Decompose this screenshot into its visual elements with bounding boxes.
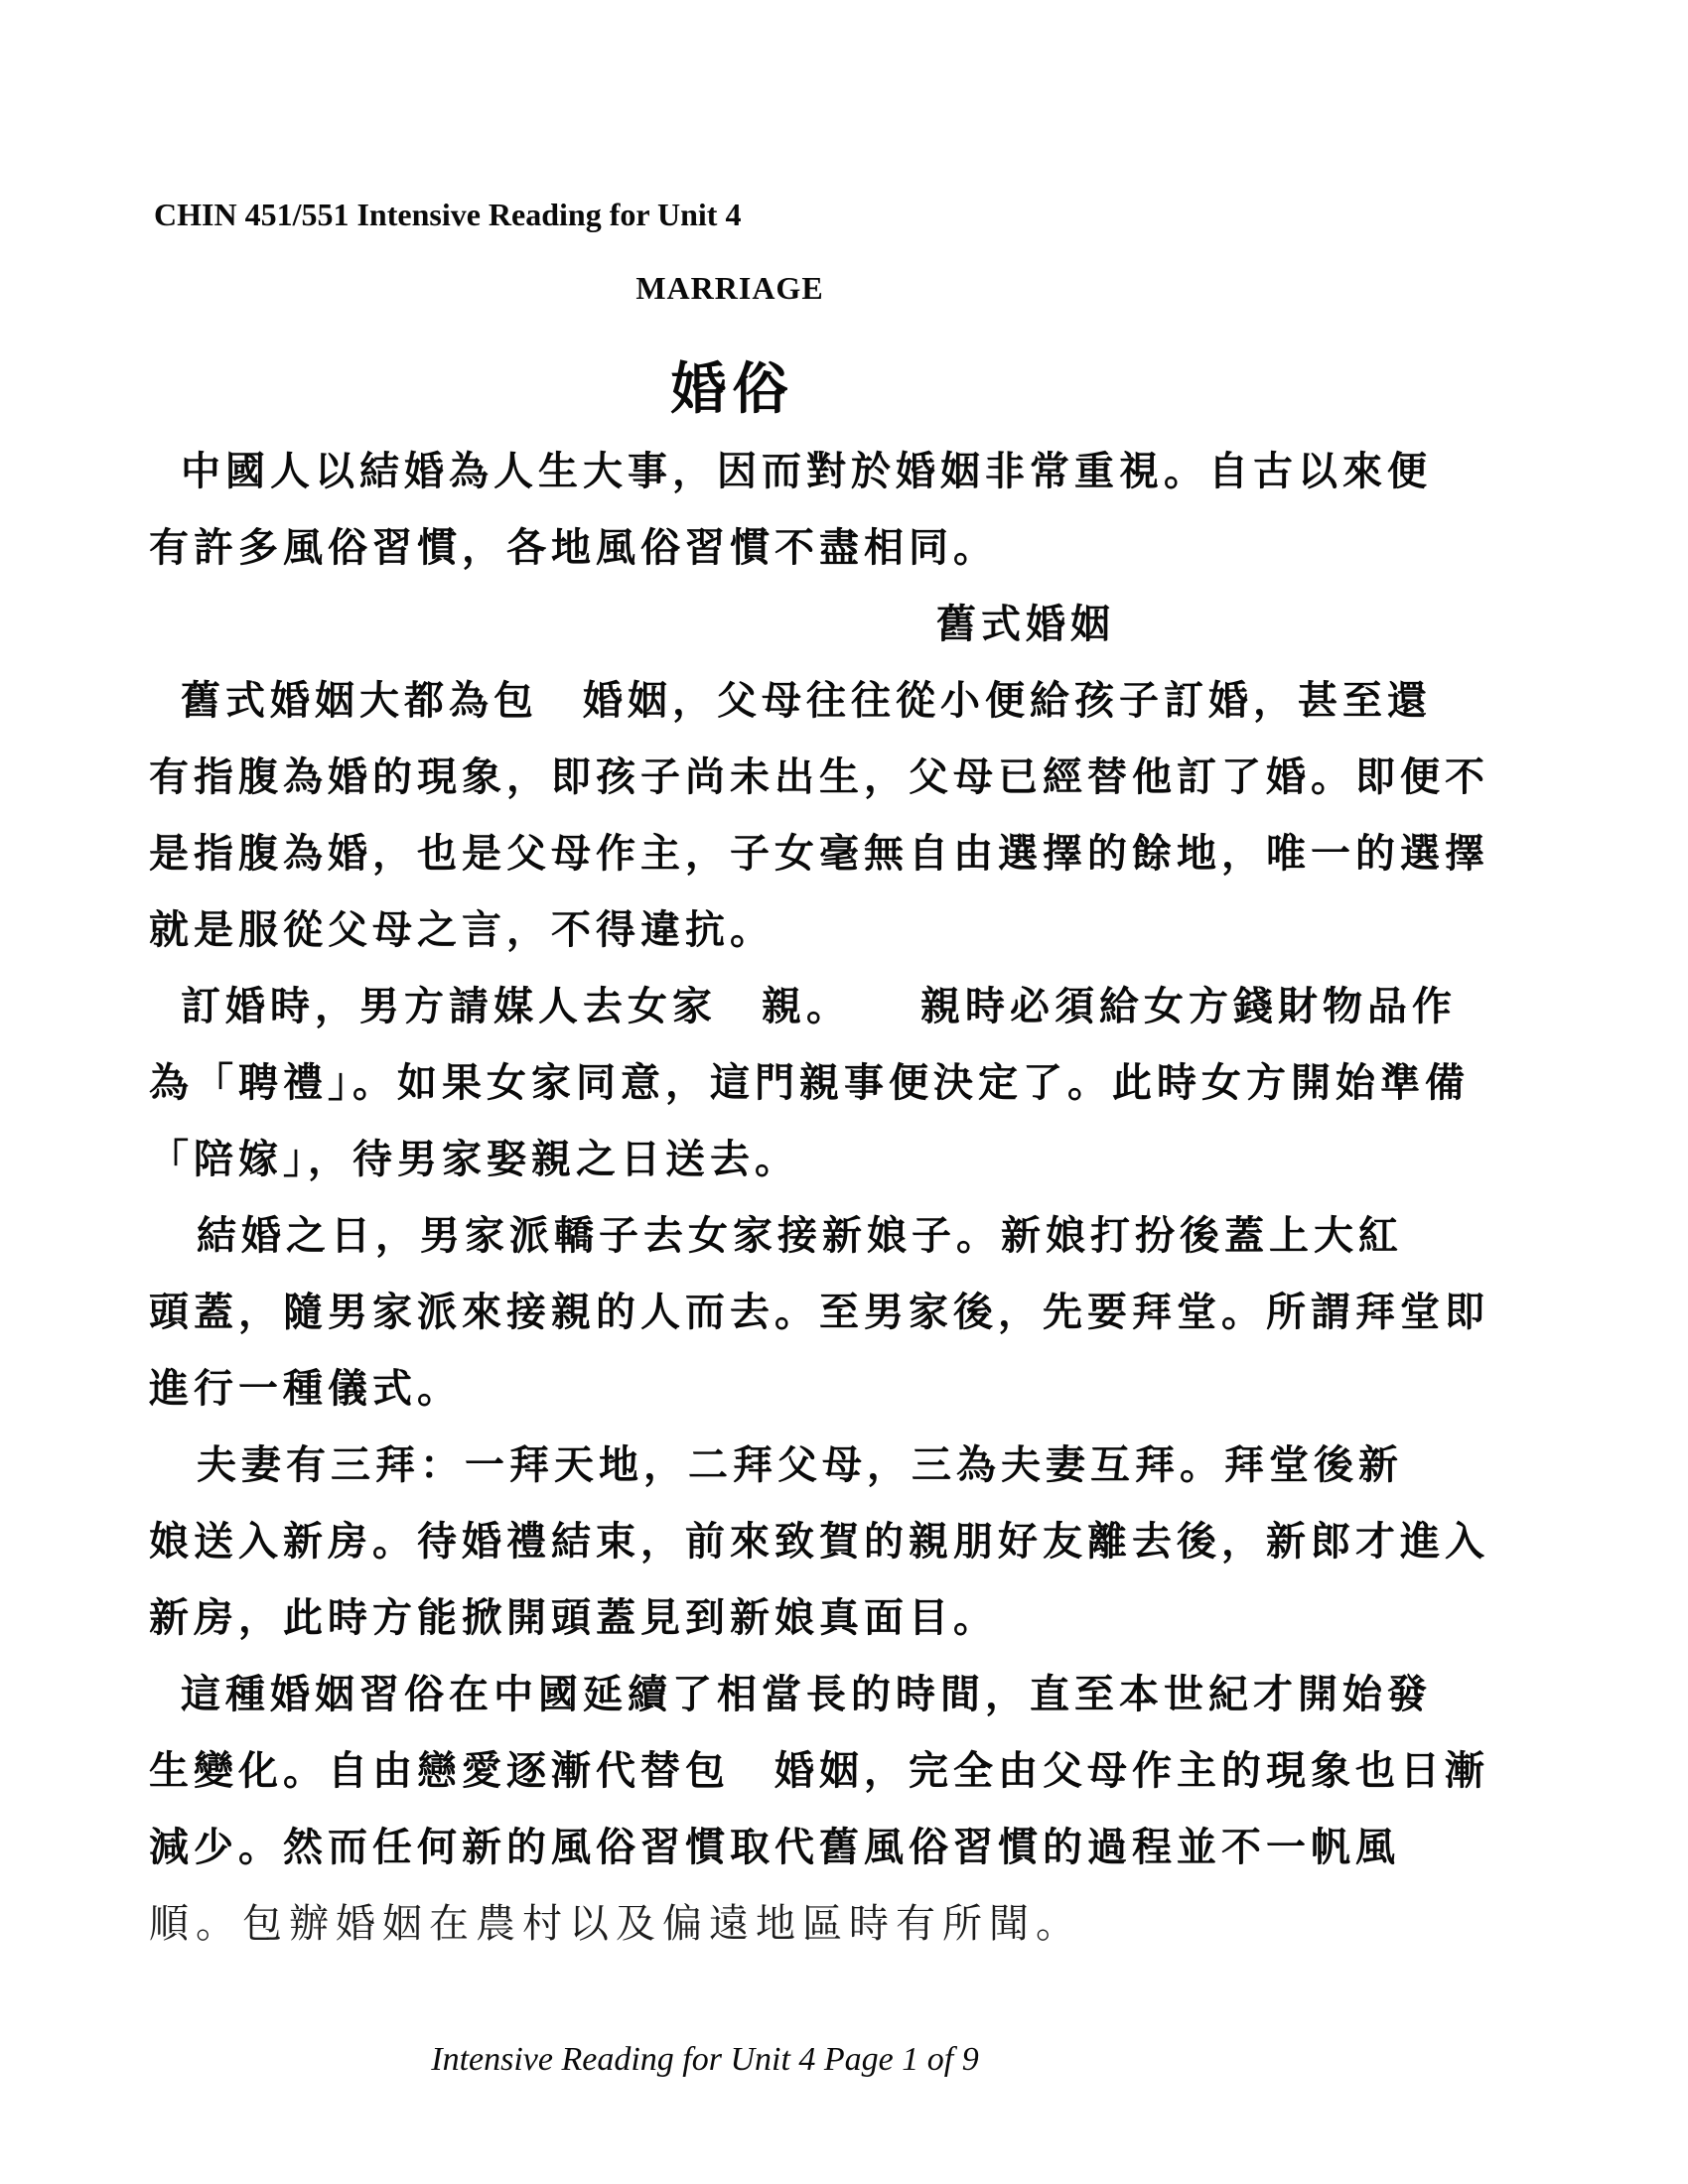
text-line: 結婚之日，男家派轎子去女家接新娘子。新娘打扮後蓋上大紅 xyxy=(149,1198,1559,1275)
text-line: 有指腹為婚的現象，即孩子尚未出生，父母已經替他訂了婚。即便不 xyxy=(149,740,1559,816)
text-line: 這種婚姻習俗在中國延續了相當長的時間，直至本世紀才開始發 xyxy=(149,1657,1559,1733)
text-line: 順。包辦婚姻在農村以及偏遠地區時有所聞。 xyxy=(149,1886,1559,1963)
text-line: 進行一種儀式。 xyxy=(149,1351,1559,1428)
text-line: 為「聘禮」。如果女家同意，這門親事便決定了。此時女方開始準備 xyxy=(149,1045,1559,1122)
text-line: 生變化。自由戀愛逐漸代替包 婚姻，完全由父母作主的現象也日漸 xyxy=(149,1733,1559,1810)
text-line: 就是服從父母之言，不得違抗。 xyxy=(149,892,1559,969)
text-line: 娘送入新房。待婚禮結束，前來致賀的親朋好友離去後，新郎才進入 xyxy=(149,1504,1559,1580)
text-line: 有許多風俗習慣，各地風俗習慣不盡相同。 xyxy=(149,510,1559,587)
reading-body: 中國人以結婚為人生大事，因而對於婚姻非常重視。自古以來便有許多風俗習慣，各地風俗… xyxy=(149,434,1559,1963)
text-line: 訂婚時，男方請媒人去女家 親。 親時必須給女方錢財物品作 xyxy=(149,969,1559,1045)
text-line: 是指腹為婚，也是父母作主，子女毫無自由選擇的餘地，唯一的選擇 xyxy=(149,816,1559,892)
page-footer: Intensive Reading for Unit 4 Page 1 of 9 xyxy=(0,2041,1410,2079)
document-page: CHIN 451/551 Intensive Reading for Unit … xyxy=(0,0,1688,2184)
marriage-title-english: MARRIAGE xyxy=(0,270,1460,307)
marriage-title-chinese: 婚俗 xyxy=(0,345,1465,425)
course-header: CHIN 451/551 Intensive Reading for Unit … xyxy=(154,197,741,233)
text-line: 舊式婚姻 xyxy=(149,587,1559,663)
text-line: 頭蓋，隨男家派來接親的人而去。至男家後，先要拜堂。所謂拜堂即 xyxy=(149,1275,1559,1351)
text-line: 夫妻有三拜：一拜天地，二拜父母，三為夫妻互拜。拜堂後新 xyxy=(149,1428,1559,1504)
text-line: 新房，此時方能掀開頭蓋見到新娘真面目。 xyxy=(149,1580,1559,1657)
text-line: 舊式婚姻大都為包 婚姻，父母往往從小便給孩子訂婚，甚至還 xyxy=(149,663,1559,740)
text-line: 減少。然而任何新的風俗習慣取代舊風俗習慣的過程並不一帆風 xyxy=(149,1810,1559,1886)
text-line: 中國人以結婚為人生大事，因而對於婚姻非常重視。自古以來便 xyxy=(149,434,1559,510)
text-line: 「陪嫁」，待男家娶親之日送去。 xyxy=(149,1122,1559,1198)
